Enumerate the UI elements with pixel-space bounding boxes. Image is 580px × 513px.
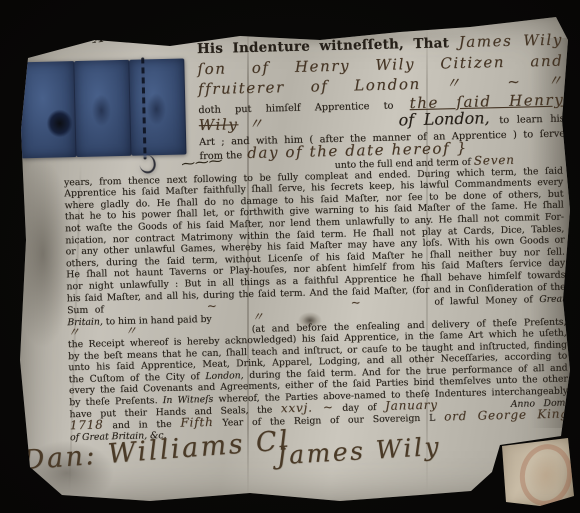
handwritten-regnal-year: Fifth xyxy=(180,415,213,430)
blank-space xyxy=(92,334,118,336)
top-left-pen-mark: X xyxy=(92,28,106,47)
handwritten-text: ~ xyxy=(350,296,361,310)
handwritten-monarch: ord George King xyxy=(444,407,569,424)
stamp-emblem-icon xyxy=(144,89,169,130)
handwritten-text: 〃 xyxy=(251,309,264,323)
indenture-header: His Indenture witneſſeth, That James Wil… xyxy=(197,30,566,163)
parchment-document: X ~~~ His Indenture witneſſeth, That Jam… xyxy=(14,14,570,506)
handwritten-year: 1718 xyxy=(70,418,104,433)
handwritten-text: 〃 xyxy=(67,325,84,339)
blue-duty-stamps xyxy=(19,58,186,158)
blackletter-heading: His Indenture witneſſeth, That xyxy=(197,35,449,57)
blank-space xyxy=(518,162,563,164)
blue-stamp xyxy=(19,61,76,158)
printed-italic-text: In Witneſs xyxy=(163,394,214,406)
handwritten-term: Seven xyxy=(474,153,515,168)
handwritten-company: ffruiterer of London xyxy=(198,75,421,98)
blank-space xyxy=(110,309,200,312)
blank-space xyxy=(149,331,245,334)
handwritten-text: 〃 xyxy=(125,324,142,338)
stamp-emblem-icon xyxy=(46,109,73,138)
seal-tab xyxy=(498,438,574,508)
blank-space xyxy=(215,320,249,322)
printed-text: of lawful Money of xyxy=(434,294,533,307)
printed-text: to learn his xyxy=(499,114,565,127)
handwritten-text: ~ xyxy=(207,299,218,313)
printed-italic-text: of London, xyxy=(398,108,489,129)
blank-space xyxy=(279,125,389,129)
handwritten-struck-word: Wily xyxy=(199,115,239,134)
blue-stamp xyxy=(129,58,186,155)
stamp-emblem-icon xyxy=(89,90,114,131)
indenture-body: unto the full end and term of Seven year… xyxy=(64,154,569,444)
handwritten-ditto-marks: 〃 xyxy=(248,115,270,133)
document-content: X ~~~ His Indenture witneſſeth, That Jam… xyxy=(8,8,575,513)
photograph-background: X ~~~ His Indenture witneſſeth, That Jam… xyxy=(0,0,580,513)
wax-seal-impression xyxy=(515,440,577,510)
handwritten-apprentice-name: James Wily xyxy=(458,31,563,51)
blank-space xyxy=(224,306,344,310)
blank-space xyxy=(368,304,428,306)
handwritten-ditto-marks: 〃 ~ 〃 xyxy=(445,72,564,93)
printed-italic-text: London, xyxy=(205,370,243,382)
printed-italic-text: Great xyxy=(539,294,566,306)
blue-stamp xyxy=(74,60,131,157)
